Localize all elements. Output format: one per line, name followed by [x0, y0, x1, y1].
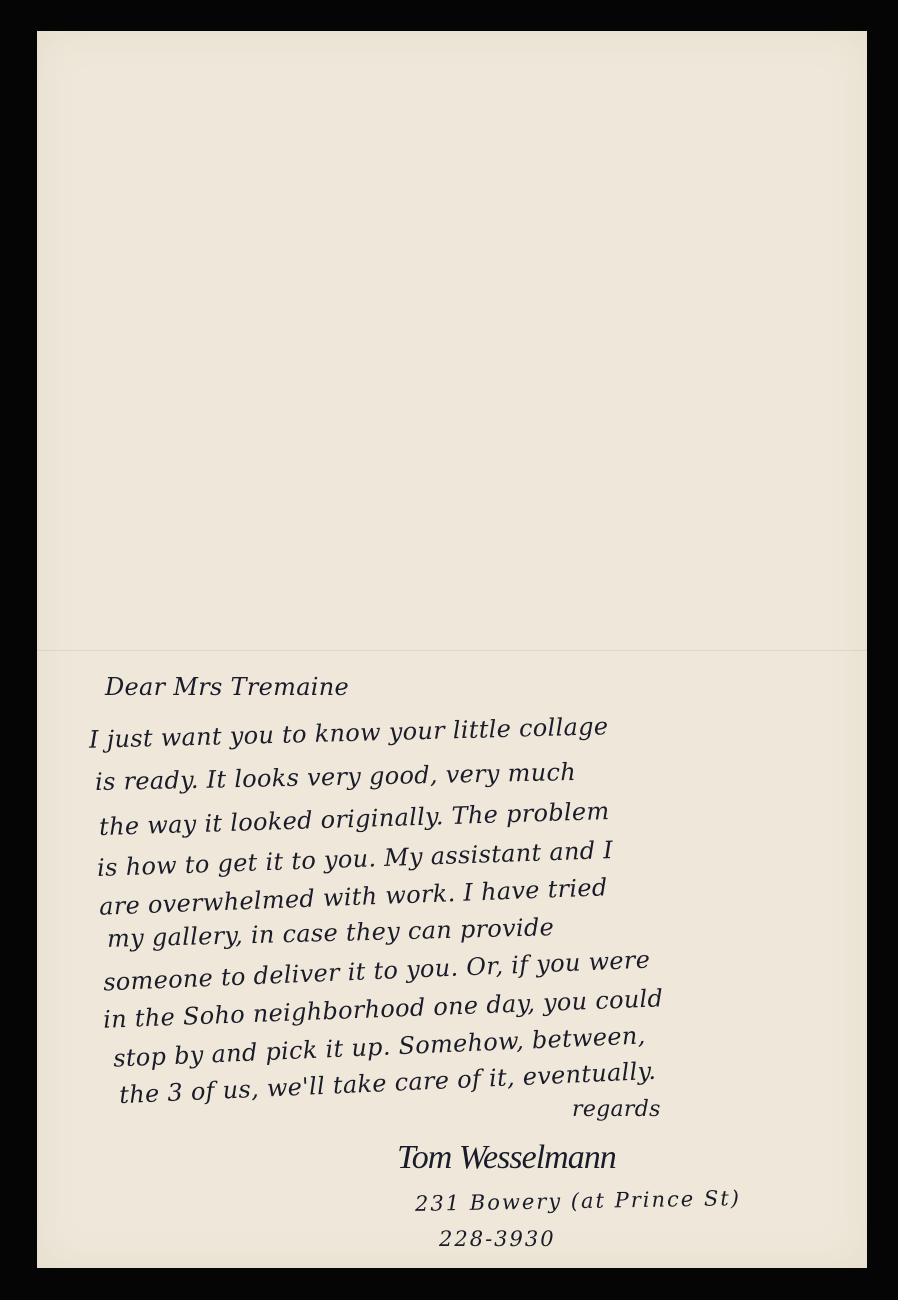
letter-body-line: my gallery, in case they can provide	[107, 913, 555, 953]
letter-phone: 228-3930	[439, 1227, 556, 1251]
letter-paper: Dear Mrs Tremaine I just want you to kno…	[37, 31, 867, 1268]
letter-address: 231 Bowery (at Prince St)	[415, 1186, 741, 1216]
fold-crease	[37, 650, 867, 652]
letter-signature: Tom Wesselmann	[397, 1139, 616, 1177]
letter-body-line: I just want you to know your little coll…	[89, 712, 609, 754]
letter-closing: regards	[572, 1097, 661, 1122]
letter-greeting: Dear Mrs Tremaine	[105, 673, 349, 701]
letter-body-line: the way it looked originally. The proble…	[99, 797, 610, 841]
letter-body-line: is ready. It looks very good, very much	[95, 758, 576, 796]
